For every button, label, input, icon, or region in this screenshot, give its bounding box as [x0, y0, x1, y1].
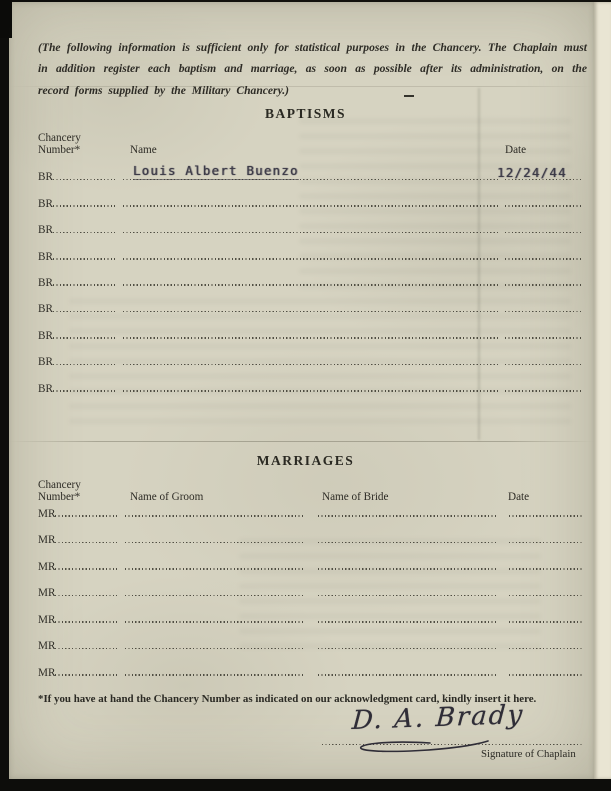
marriage-row: MR	[38, 572, 583, 599]
prefix-dotted-line	[53, 302, 115, 314]
baptism-row: BR	[38, 367, 583, 393]
row-prefix: MR	[38, 667, 55, 679]
baptisms-name-header: Name	[130, 145, 157, 157]
prefix-dotted-line	[53, 276, 115, 288]
marriage-row: MR	[38, 625, 583, 652]
prefix-dotted-line	[55, 613, 117, 625]
baptism-row: BRLouis Albert Buenzo12/24/44	[38, 156, 583, 182]
name-line	[123, 250, 499, 262]
date-line	[509, 533, 583, 545]
date-line	[505, 276, 583, 288]
date-line	[509, 639, 583, 651]
chancery-header-line1: Chancery	[38, 479, 81, 491]
typed-entry: 12/24/44	[497, 165, 567, 180]
prefix-dotted-line	[53, 170, 115, 182]
marriage-row: MR	[38, 519, 583, 546]
bride-line	[318, 560, 497, 572]
baptisms-chancery-number-header: Chancery Number*	[38, 133, 81, 156]
row-prefix: MR	[38, 614, 55, 626]
name-line	[123, 223, 499, 235]
bride-line	[318, 666, 497, 678]
baptism-row: BR	[38, 235, 583, 261]
chancery-header-line1: Chancery	[38, 132, 81, 144]
groom-line	[125, 533, 304, 545]
row-prefix: BR	[38, 383, 53, 395]
bride-line	[318, 533, 497, 545]
baptism-row: BR	[38, 288, 583, 314]
bride-line	[318, 639, 497, 651]
prefix-dotted-line	[53, 329, 115, 341]
date-line	[505, 302, 583, 314]
name-line: Louis Albert Buenzo	[123, 170, 499, 182]
date-line	[509, 560, 583, 572]
row-prefix: MR	[38, 640, 55, 652]
intro-paragraph: (The following information is sufficient…	[38, 37, 587, 102]
chancery-header-line2: Number*	[38, 145, 81, 157]
baptisms-date-header: Date	[505, 145, 526, 157]
date-line	[509, 507, 583, 519]
groom-line	[125, 586, 304, 598]
baptism-row: BR	[38, 341, 583, 367]
date-line	[505, 382, 583, 394]
prefix-dotted-line	[55, 639, 117, 651]
name-line	[123, 197, 499, 209]
date-line	[505, 355, 583, 367]
signature-of-chaplain-label: Signature of Chaplain	[481, 748, 576, 760]
groom-line	[125, 666, 304, 678]
prefix-dotted-line	[55, 666, 117, 678]
prefix-dotted-line	[55, 533, 117, 545]
row-prefix: BR	[38, 303, 53, 315]
groom-line	[125, 613, 304, 625]
prefix-dotted-line	[53, 250, 115, 262]
row-prefix: BR	[38, 356, 53, 368]
date-line: 12/24/44	[505, 170, 583, 182]
bride-line	[318, 613, 497, 625]
row-prefix: BR	[38, 277, 53, 289]
signature-flourish	[356, 737, 496, 755]
marriage-row: MR	[38, 651, 583, 678]
row-prefix: MR	[38, 561, 55, 573]
baptism-row: BR	[38, 209, 583, 235]
date-line	[505, 223, 583, 235]
prefix-dotted-line	[53, 355, 115, 367]
row-prefix: BR	[38, 251, 53, 263]
prefix-dotted-line	[55, 560, 117, 572]
baptism-row: BR	[38, 182, 583, 208]
name-line	[123, 276, 499, 288]
date-line	[505, 197, 583, 209]
groom-line	[125, 560, 304, 572]
marriage-row: MR	[38, 545, 583, 572]
name-line	[123, 302, 499, 314]
row-prefix: BR	[38, 224, 53, 236]
typed-entry: Louis Albert Buenzo	[133, 163, 299, 180]
date-line	[509, 613, 583, 625]
prefix-dotted-line	[53, 197, 115, 209]
baptism-row: BR	[38, 262, 583, 288]
baptisms-table: BRLouis Albert Buenzo12/24/44BRBRBRBRBRB…	[38, 156, 583, 394]
row-prefix: MR	[38, 534, 55, 546]
prefix-dotted-line	[53, 223, 115, 235]
marriage-row: MR	[38, 492, 583, 519]
baptisms-section-title: BAPTISMS	[0, 106, 611, 122]
date-line	[505, 250, 583, 262]
bride-line	[318, 586, 497, 598]
marriages-table: MRMRMRMRMRMRMR	[38, 492, 583, 678]
prefix-dotted-line	[55, 586, 117, 598]
row-prefix: BR	[38, 198, 53, 210]
name-line	[123, 355, 499, 367]
marriages-section-title: MARRIAGES	[0, 453, 611, 469]
row-prefix: BR	[38, 330, 53, 342]
scanned-form-page: (The following information is sufficient…	[0, 0, 611, 791]
groom-line	[125, 639, 304, 651]
prefix-dotted-line	[55, 507, 117, 519]
bride-line	[318, 507, 497, 519]
row-prefix: BR	[38, 171, 53, 183]
name-line	[123, 382, 499, 394]
baptism-row: BR	[38, 314, 583, 340]
page-number-dash	[404, 95, 414, 97]
row-prefix: MR	[38, 508, 55, 520]
date-line	[509, 586, 583, 598]
date-line	[505, 329, 583, 341]
date-line	[509, 666, 583, 678]
groom-line	[125, 507, 304, 519]
name-line	[123, 329, 499, 341]
prefix-dotted-line	[53, 382, 115, 394]
marriage-row: MR	[38, 598, 583, 625]
row-prefix: MR	[38, 587, 55, 599]
